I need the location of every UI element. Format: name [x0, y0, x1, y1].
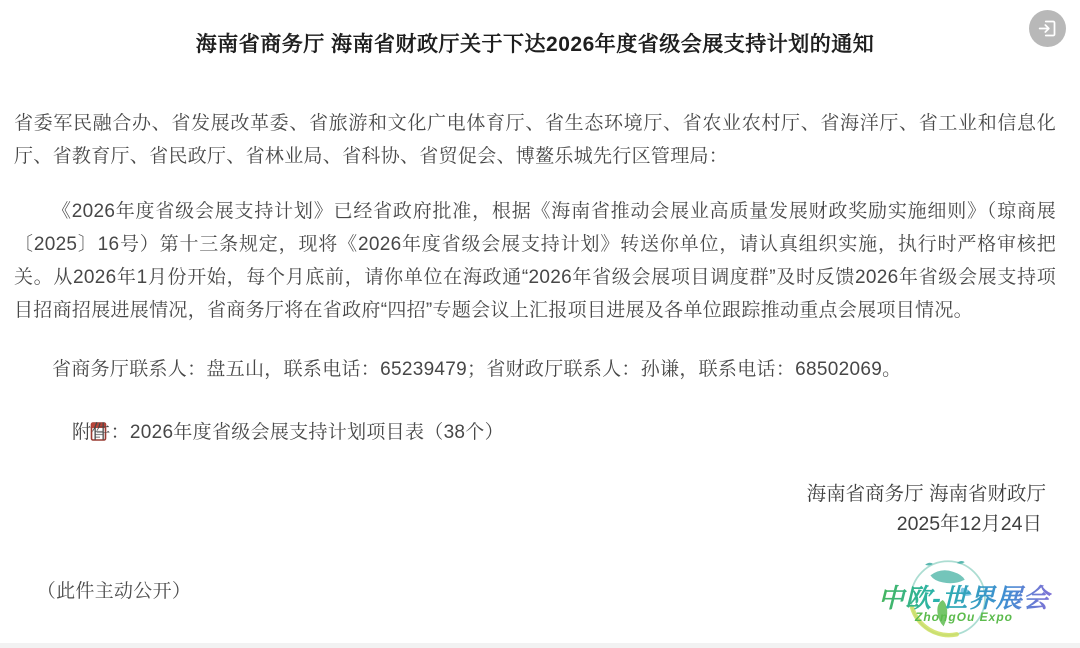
attachment-label[interactable]: 附件：2026年度省级会展支持计划项目表（38个）: [72, 422, 504, 443]
attachment-line: 附件：2026年度省级会展支持计划项目表（38个）: [14, 416, 1056, 449]
signature-block: 海南省商务厅 海南省财政厅 2025年12月24日: [14, 479, 1056, 539]
disclosure-note: （此件主动公开）: [14, 575, 1056, 608]
page-title: 海南省商务厅 海南省财政厅关于下达2026年度省级会展支持计划的通知: [74, 30, 996, 60]
document-icon: [52, 419, 70, 439]
contacts-paragraph: 省商务厅联系人：盘五山，联系电话：65239479；省财政厅联系人：孙谦，联系电…: [14, 353, 1056, 386]
bottom-edge-divider: [0, 643, 1080, 648]
notice-document: 海南省商务厅 海南省财政厅关于下达2026年度省级会展支持计划的通知 省委军民融…: [0, 30, 1080, 608]
enter-arrow-icon: [1037, 18, 1058, 39]
enter-exit-button[interactable]: [1029, 10, 1066, 47]
body-paragraph: 《2026年度省级会展支持计划》已经省政府批准，根据《海南省推动会展业高质量发展…: [14, 195, 1056, 327]
recipients-paragraph: 省委军民融合办、省发展改革委、省旅游和文化广电体育厅、省生态环境厅、省农业农村厅…: [14, 107, 1056, 173]
issue-date: 2025年12月24日: [14, 509, 1046, 539]
watermark-subtitle: ZhongOu Expo: [866, 610, 1062, 624]
issuing-agencies: 海南省商务厅 海南省财政厅: [14, 479, 1046, 509]
